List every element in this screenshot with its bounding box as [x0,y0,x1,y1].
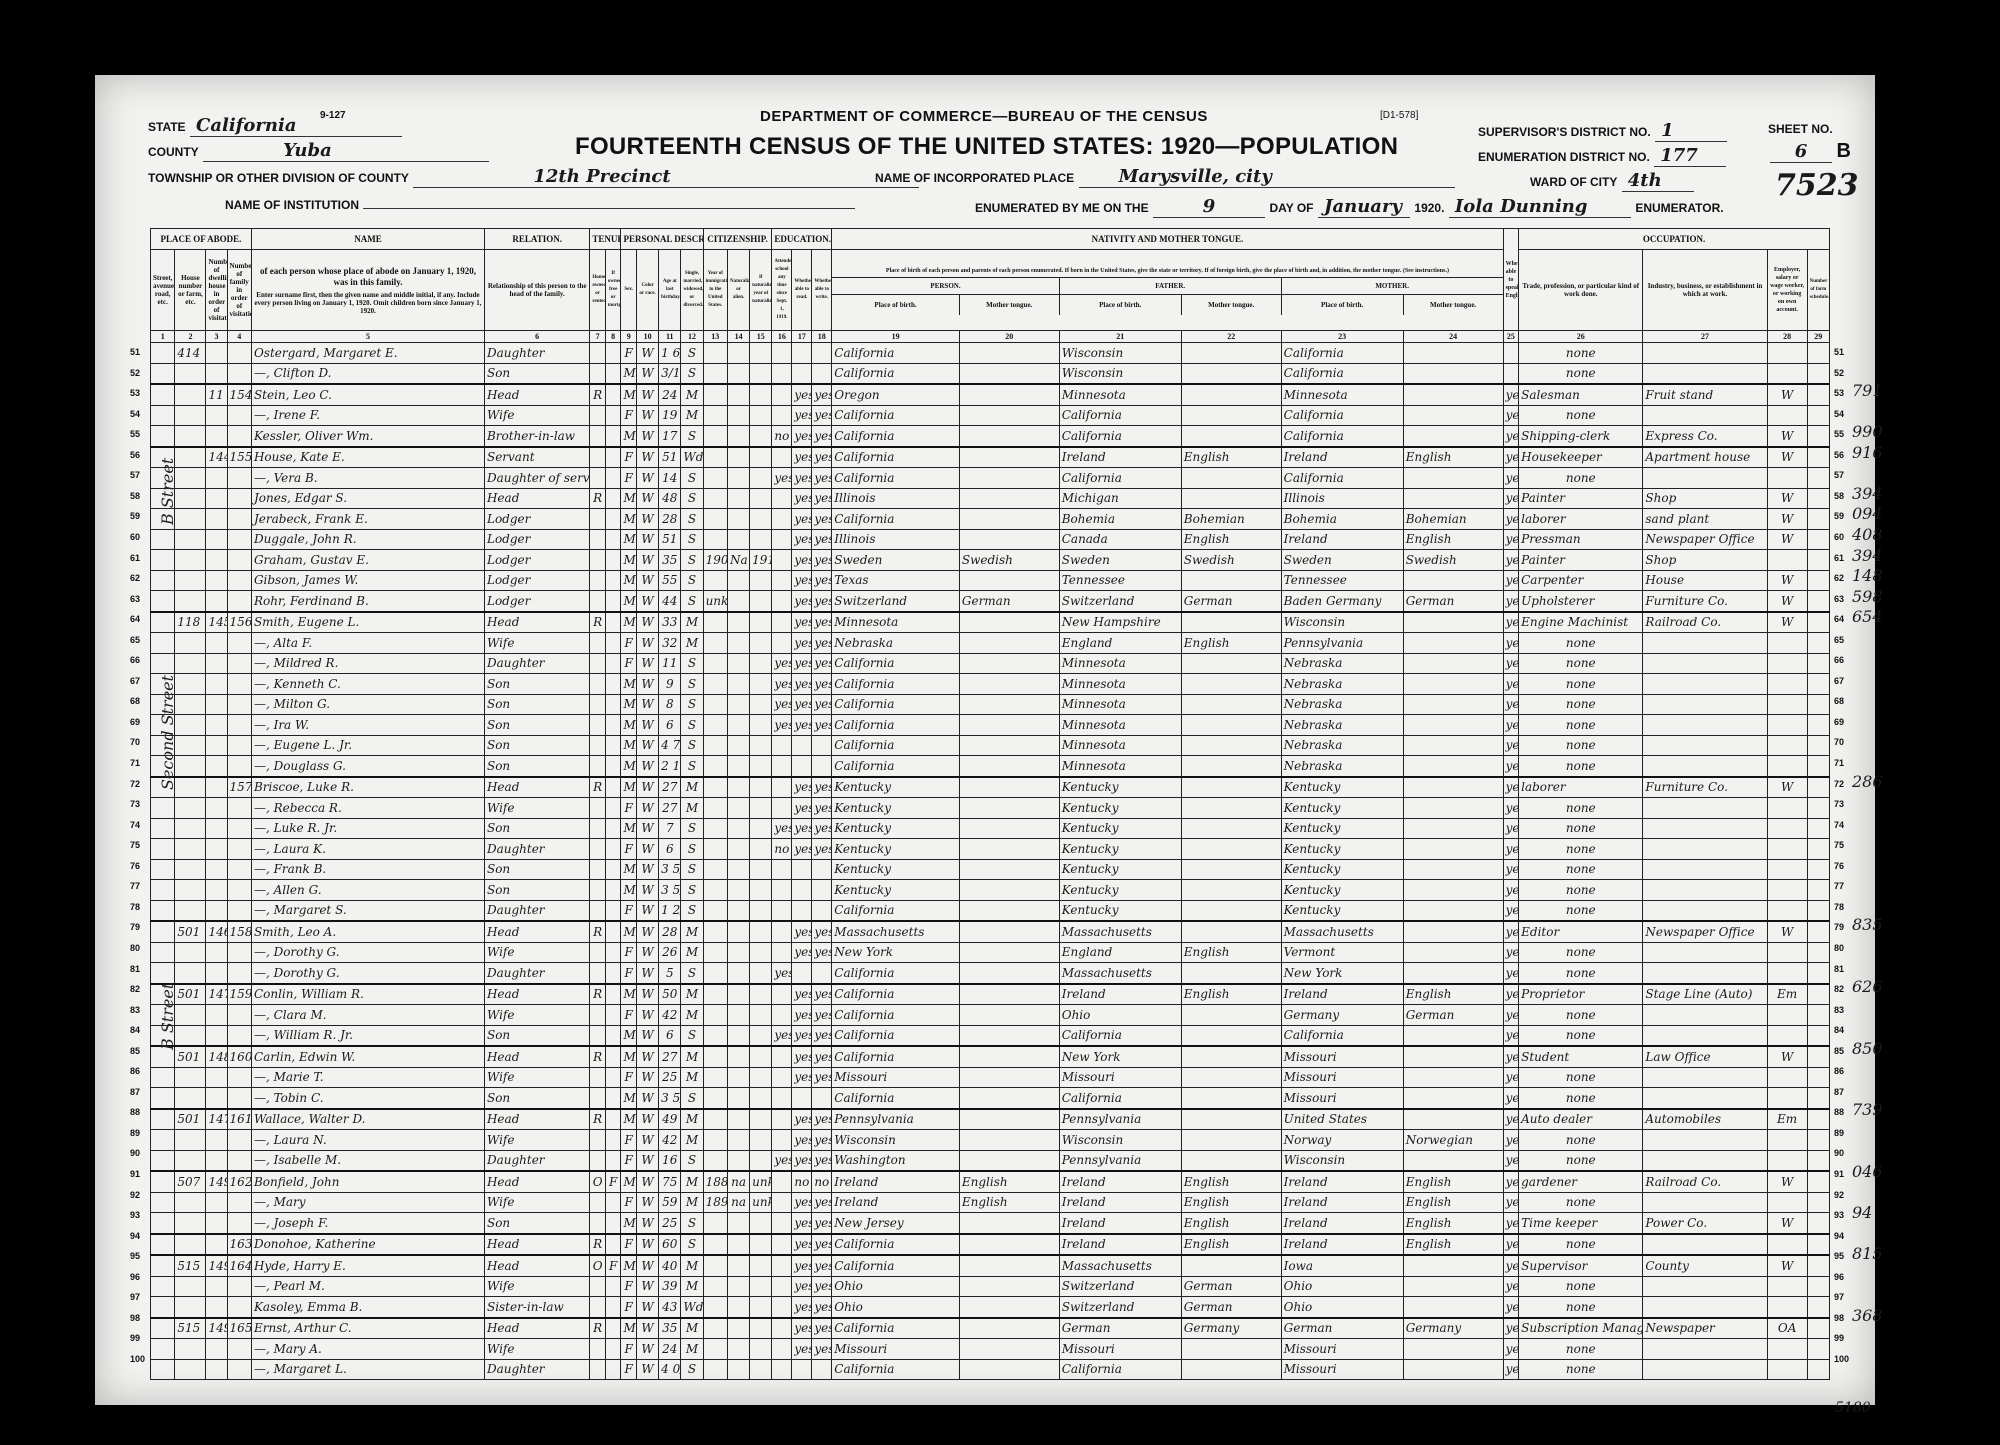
header-col-12: Single, married, widowed, or divorced. [681,250,703,331]
attended-school [772,1192,792,1213]
line-number-right: 84 [1834,1025,1844,1035]
margin-code: 815 [1852,1244,1883,1263]
industry: Automobiles [1643,1109,1767,1130]
line-number-right: 60 [1834,532,1844,542]
able-to-read: yes [792,694,812,715]
sheet-number-field: SHEET NO. [1768,120,1833,138]
father-birthplace: German [1059,1318,1181,1339]
owned-free-mortgaged [605,735,621,756]
attended-school: yes [772,1025,792,1046]
naturalization-year [750,384,772,405]
able-to-write: yes [812,1109,832,1130]
birthplace: Missouri [832,1067,960,1088]
mother-birthplace: California [1281,363,1403,384]
farm-schedule [1807,694,1829,715]
able-to-read: yes [792,1067,812,1088]
mother-mother-tongue: English [1403,529,1503,550]
owned-free-mortgaged [605,715,621,736]
line-number-right: 72 [1834,779,1844,789]
attended-school [772,942,792,963]
line-number-left: 61 [130,553,140,563]
father-mother-tongue: German [1181,1276,1281,1297]
sex: M [621,777,637,798]
occupation: none [1519,756,1643,777]
mother-tongue [959,570,1059,591]
naturalized [727,984,749,1005]
age: 75 [659,1171,681,1192]
attended-school [772,1276,792,1297]
race: W [636,818,658,839]
street-note-second-street: Second Street [158,675,177,790]
naturalization-year [750,1318,772,1339]
birthplace: California [832,715,960,736]
owned-free-mortgaged [605,529,621,550]
mother-tongue: Swedish [959,550,1059,571]
occupation: none [1519,1339,1643,1360]
table-row: —, Clara M.WifeFW42MyesyesCaliforniaOhio… [151,1005,1830,1026]
marital-status: S [681,363,703,384]
line-number-left: 94 [130,1231,140,1241]
able-to-write: yes [812,1318,832,1339]
dwelling-number [206,426,227,447]
line-number-right: 96 [1834,1272,1844,1282]
age: 26 [659,942,681,963]
street-note-b-street-1: B Street [158,458,177,525]
father-mother-tongue [1181,1359,1281,1380]
able-to-write [812,1359,832,1380]
relation: Son [484,1213,589,1234]
mother-birthplace: Ireland [1281,1234,1403,1256]
father-mother-tongue [1181,1130,1281,1151]
home-owned-rented [590,942,606,963]
naturalization-year [750,570,772,591]
race: W [636,1192,658,1213]
immigration-year [703,384,727,405]
naturalized [727,921,749,942]
farm-schedule [1807,1318,1829,1339]
person-name: —, Pearl M. [251,1276,484,1297]
attended-school: yes [772,963,792,984]
mother-tongue [959,777,1059,798]
marital-status: M [681,921,703,942]
supervisor-district-field: SUPERVISOR'S DISTRICT NO. 1 [1478,120,1727,142]
house-number [175,963,206,984]
sex: M [621,591,637,612]
mother-mother-tongue [1403,405,1503,426]
employer-class: Em [1767,1109,1807,1130]
family-number [227,735,251,756]
header-col-3: Number of dwelling house in order of vis… [206,250,227,331]
able-to-write: yes [812,694,832,715]
occupation: Salesman [1519,384,1643,405]
line-number-right: 57 [1834,470,1844,480]
line-number-left: 51 [130,347,140,357]
industry [1643,1025,1767,1046]
relation: Head [484,1255,589,1276]
naturalization-year [750,633,772,654]
family-number [227,1088,251,1109]
occupation: none [1519,1359,1643,1380]
line-number-right: 74 [1834,820,1844,830]
occupation: none [1519,674,1643,695]
line-number-right: 99 [1834,1333,1844,1343]
street [151,1318,175,1339]
occupation: none [1519,1234,1643,1256]
speaks-english: yes [1503,777,1519,798]
farm-schedule [1807,798,1829,819]
occupation: laborer [1519,777,1643,798]
marital-status: S [681,839,703,860]
birthplace: New Jersey [832,1213,960,1234]
race: W [636,1234,658,1256]
attended-school: yes [772,653,792,674]
group-tenure: TENURE. [590,229,621,250]
naturalized [727,633,749,654]
relation: Daughter [484,963,589,984]
mother-tongue [959,1318,1059,1339]
race: W [636,447,658,468]
speaks-english: yes [1503,694,1519,715]
naturalization-year: 1917 [750,550,772,571]
able-to-read: yes [792,570,812,591]
mother-mother-tongue [1403,921,1503,942]
mother-birthplace: Pennsylvania [1281,633,1403,654]
father-birthplace: Ireland [1059,1234,1181,1256]
table-row: —, Mildred R.DaughterFW11SyesyesyesCalif… [151,653,1830,674]
dwelling-number [206,1088,227,1109]
marital-status: Wd [681,1297,703,1318]
age: 1 6/12 [659,343,681,364]
naturalized [727,942,749,963]
family-number [227,942,251,963]
attended-school: yes [772,694,792,715]
farm-schedule [1807,880,1829,901]
naturalization-year [750,1255,772,1276]
able-to-write: yes [812,1192,832,1213]
line-number-right: 81 [1834,964,1844,974]
table-row: —, Milton G.SonMW8SyesyesyesCaliforniaMi… [151,694,1830,715]
mother-birthplace: Ireland [1281,1171,1403,1192]
line-number-left: 92 [130,1190,140,1200]
owned-free-mortgaged [605,509,621,530]
industry [1643,633,1767,654]
line-number-left: 62 [130,573,140,583]
person-name: —, Milton G. [251,694,484,715]
father-mother-tongue: German [1181,591,1281,612]
relation: Head [484,777,589,798]
father-birthplace: Minnesota [1059,715,1181,736]
home-owned-rented [590,363,606,384]
sex: F [621,653,637,674]
house-number [175,653,206,674]
home-owned-rented [590,900,606,921]
industry: Railroad Co. [1643,612,1767,633]
owned-free-mortgaged [605,1234,621,1256]
house-number: 414 [175,343,206,364]
house-number [175,1234,206,1256]
nativity-subheader: Place of birth of each person and parent… [832,250,1503,331]
father-mother-tongue: Germany [1181,1318,1281,1339]
naturalized [727,735,749,756]
able-to-write: yes [812,1025,832,1046]
street [151,859,175,880]
naturalization-year [750,426,772,447]
birthplace: California [832,653,960,674]
house-number [175,777,206,798]
race: W [636,1318,658,1339]
father-mother-tongue [1181,1109,1281,1130]
naturalized [727,405,749,426]
colnum-15: 15 [750,331,772,343]
occupation: Auto dealer [1519,1109,1643,1130]
table-row: —, MaryWifeFW59M1890naunkyesyesIrelandEn… [151,1192,1830,1213]
speaks-english: yes [1503,715,1519,736]
relation: Head [484,984,589,1005]
marital-status: S [681,880,703,901]
supervisor-district: 1 [1655,120,1727,142]
mother-mother-tongue: Germany [1403,1318,1503,1339]
immigration-year [703,1109,727,1130]
attended-school [772,798,792,819]
immigration-year [703,468,727,489]
mother-tongue [959,1109,1059,1130]
father-birthplace: Wisconsin [1059,343,1181,364]
occupation: none [1519,1150,1643,1171]
speaks-english: yes [1503,653,1519,674]
birthplace: Washington [832,1150,960,1171]
father-birthplace: Canada [1059,529,1181,550]
owned-free-mortgaged [605,570,621,591]
mother-tongue [959,653,1059,674]
farm-schedule [1807,715,1829,736]
race: W [636,570,658,591]
father-mother-tongue: German [1181,1297,1281,1318]
industry: Stage Line (Auto) [1643,984,1767,1005]
group-personal: PERSONAL DESCRIPTION. [621,229,703,250]
street [151,1192,175,1213]
speaks-english: yes [1503,488,1519,509]
race: W [636,839,658,860]
able-to-read: yes [792,1130,812,1151]
mother-tongue [959,1255,1059,1276]
line-number-right: 66 [1834,655,1844,665]
mother-tongue [959,756,1059,777]
birthplace: Wisconsin [832,1130,960,1151]
naturalized [727,1067,749,1088]
birthplace: California [832,963,960,984]
immigration-year [703,1130,727,1151]
family-number [227,674,251,695]
person-name: —, Alta F. [251,633,484,654]
parent-groups: PERSON. FATHER. MOTHER. [832,278,1502,295]
family-number [227,529,251,550]
house-number [175,1005,206,1026]
sex: M [621,570,637,591]
dwelling-number [206,694,227,715]
father-mother-tongue [1181,1067,1281,1088]
farm-schedule [1807,653,1829,674]
street [151,363,175,384]
mother-tongue [959,1213,1059,1234]
colnum-29: 29 [1807,331,1829,343]
colnum-23: 23 [1281,331,1403,343]
sex: F [621,1297,637,1318]
father-mother-tongue [1181,612,1281,633]
nativity-note: Place of birth of each person and parent… [832,265,1502,278]
state-field: STATE California [148,115,402,137]
able-to-read [792,756,812,777]
ward-label: WARD OF CITY [1530,175,1617,189]
form-code: [D1-578] [1380,110,1418,121]
mother-mother-tongue [1403,1255,1503,1276]
home-owned-rented [590,426,606,447]
relation: Wife [484,942,589,963]
birthplace: California [832,900,960,921]
mother-birthplace: Bohemia [1281,509,1403,530]
dwelling-number: 147 [206,984,227,1005]
home-owned-rented [590,735,606,756]
immigration-year [703,529,727,550]
table-row: Rohr, Ferdinand B.LodgerMW44Sunknownyesy… [151,591,1830,612]
father-birthplace: Missouri [1059,1067,1181,1088]
colnum-25: 25 [1503,331,1519,343]
colnum-13: 13 [703,331,727,343]
naturalized [727,1234,749,1256]
street [151,550,175,571]
farm-schedule [1807,343,1829,364]
occupation: none [1519,653,1643,674]
father-birthplace: England [1059,633,1181,654]
colnum-16: 16 [772,331,792,343]
mother-birthplace: Sweden [1281,550,1403,571]
mother-mother-tongue [1403,363,1503,384]
house-number [175,1025,206,1046]
farm-schedule [1807,1234,1829,1256]
header-col-19: Place of birth. [832,295,959,315]
able-to-read [792,859,812,880]
able-to-write: yes [812,1213,832,1234]
father-mother-tongue [1181,405,1281,426]
home-owned-rented [590,550,606,571]
naturalization-year [750,363,772,384]
sex: F [621,343,637,364]
header-col-5: of each person whose place of abode on J… [251,250,484,331]
home-owned-rented [590,1088,606,1109]
home-owned-rented [590,1150,606,1171]
line-number-left: 81 [130,964,140,974]
relation: Servant [484,447,589,468]
birthplace: California [832,447,960,468]
able-to-write [812,343,832,364]
birthplace: Kentucky [832,777,960,798]
person-name: —, Clara M. [251,1005,484,1026]
immigration-year [703,653,727,674]
naturalization-year [750,1359,772,1380]
person-name: Rohr, Ferdinand B. [251,591,484,612]
industry [1643,1150,1767,1171]
street [151,839,175,860]
employer-class: W [1767,777,1807,798]
able-to-write: yes [812,1005,832,1026]
nativity-col-labels: Place of birth. Mother tongue. Place of … [832,295,1502,315]
marital-status: M [681,612,703,633]
family-number: 154 [227,384,251,405]
occupation: Carpenter [1519,570,1643,591]
able-to-read: yes [792,1234,812,1256]
industry [1643,963,1767,984]
house-number [175,1067,206,1088]
header-col-8: If owned, free or mortgaged. [605,250,621,331]
employer-class: Em [1767,984,1807,1005]
person-name: —, Dorothy G. [251,963,484,984]
family-number [227,550,251,571]
father-birthplace: Switzerland [1059,1276,1181,1297]
owned-free-mortgaged [605,591,621,612]
able-to-read: yes [792,468,812,489]
able-to-read: yes [792,1297,812,1318]
relation: Head [484,488,589,509]
sex: F [621,1192,637,1213]
sex: M [621,756,637,777]
enumerated-label: ENUMERATED BY ME ON THE [975,201,1149,215]
farm-schedule [1807,384,1829,405]
owned-free-mortgaged [605,674,621,695]
able-to-write: yes [812,674,832,695]
mother-tongue [959,715,1059,736]
dwelling-number [206,777,227,798]
line-number-left: 60 [130,532,140,542]
marital-status: S [681,529,703,550]
family-number [227,1213,251,1234]
father-birthplace: New Hampshire [1059,612,1181,633]
able-to-write: yes [812,1046,832,1067]
father-mother-tongue: English [1181,529,1281,550]
age: 19 [659,405,681,426]
street [151,343,175,364]
marital-status: S [681,1150,703,1171]
father-mother-tongue [1181,1150,1281,1171]
mother-mother-tongue [1403,633,1503,654]
industry [1643,942,1767,963]
immigration-year [703,1005,727,1026]
mother-birthplace: Tennessee [1281,570,1403,591]
margin-code: 850 [1852,1039,1883,1058]
relation: Lodger [484,509,589,530]
line-number-right: 61 [1834,553,1844,563]
able-to-write: yes [812,550,832,571]
naturalized [727,1005,749,1026]
able-to-write: yes [812,1339,832,1360]
farm-schedule [1807,363,1829,384]
father-birthplace: Kentucky [1059,859,1181,880]
father-mother-tongue [1181,777,1281,798]
attended-school [772,1255,792,1276]
line-number-right: 95 [1834,1251,1844,1261]
line-number-right: 51 [1834,347,1844,357]
able-to-write [812,900,832,921]
father-birthplace: Missouri [1059,1339,1181,1360]
birthplace: California [832,1046,960,1067]
speaks-english: yes [1503,405,1519,426]
speaks-english [1503,363,1519,384]
age: 6 [659,1025,681,1046]
mother-tongue [959,984,1059,1005]
speaks-english: yes [1503,1005,1519,1026]
able-to-read: yes [792,612,812,633]
line-number-left: 57 [130,470,140,480]
naturalized [727,612,749,633]
marital-status: S [681,426,703,447]
